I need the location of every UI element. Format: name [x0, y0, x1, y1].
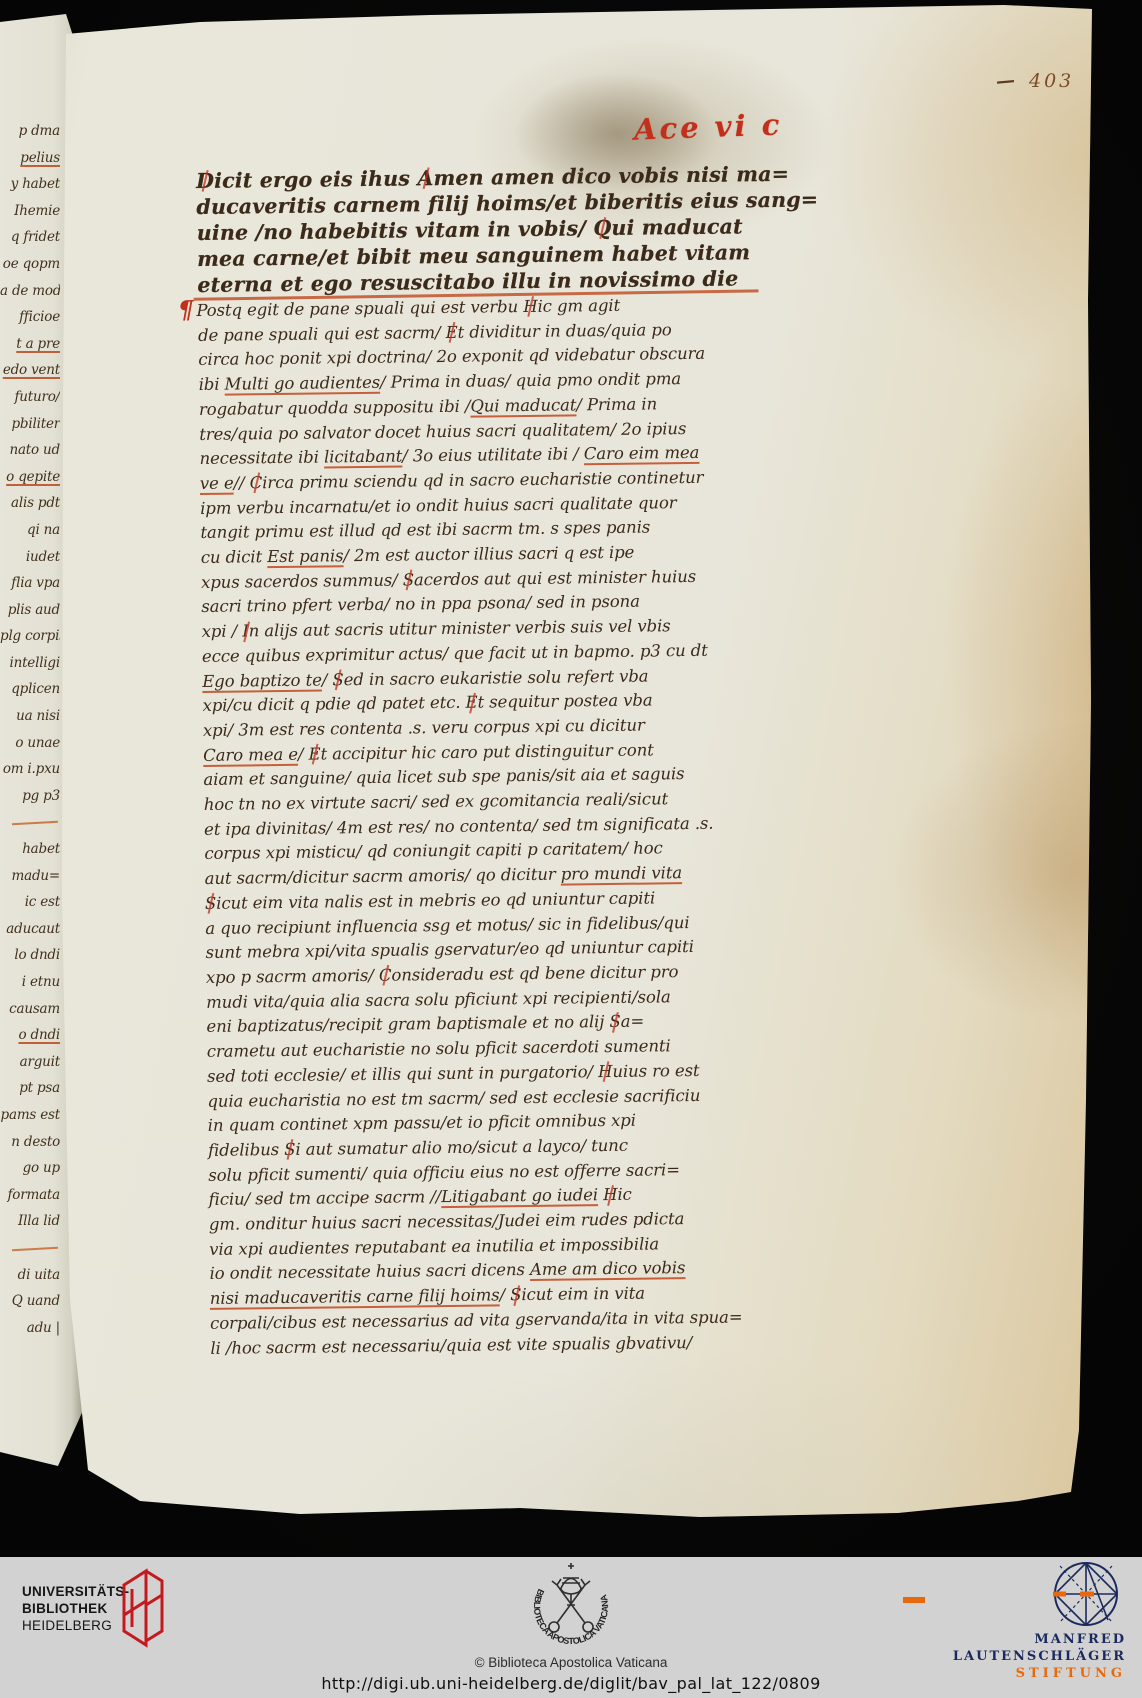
rubricated-phrase: ve e	[200, 473, 234, 492]
text-segment: S	[205, 892, 217, 917]
rubricated-phrase: Qui maducat	[470, 395, 576, 415]
edge-text-fragment: n desto	[0, 1129, 60, 1156]
edge-text-fragment: o qepite	[0, 464, 60, 491]
edge-text-fragment: edo vent	[0, 357, 60, 384]
text-segment: corpus xpi misticu/ qd coniungit capiti …	[204, 839, 663, 864]
text-segment: uius ro est	[612, 1061, 699, 1081]
text-segment: aiam et sanguine/ quia licet sub spe pan…	[203, 764, 684, 789]
edge-text-fragment: futuro/	[0, 384, 60, 411]
text-segment: t sequitur postea vba	[477, 691, 652, 712]
text-segment: S	[332, 668, 344, 693]
folio-number-value: 403	[1029, 70, 1074, 92]
text-segment: irca primu sciendu qd in sacro eucharist…	[262, 468, 703, 492]
text-segment: / Prima in duas/ quia pmo ondit pma	[380, 369, 681, 392]
text-segment: /	[298, 744, 309, 763]
edge-text-fragment: t a pre	[0, 331, 60, 358]
text-segment: icit ergo eis ihus	[214, 166, 418, 192]
text-segment: icut eim in vita	[521, 1284, 645, 1305]
mls-wordmark: MANFRED LAUTENSCHLÄGER STIFTUNG	[953, 1631, 1126, 1682]
text-segment: xpo p sacrm amoris/	[206, 966, 379, 987]
text-segment: eterna et ego resuscitabo illu in noviss…	[197, 266, 738, 297]
edge-text-fragment: Ihemie	[0, 198, 60, 225]
text-segment: a=	[621, 1012, 645, 1031]
text-segment: onsideradu est qd bene dicitur pro	[391, 962, 678, 985]
edge-text-fragment: pelius	[0, 145, 60, 172]
mls-line2: LAUTENSCHLÄGER	[953, 1648, 1126, 1665]
text-segment: corpali/cibus est necessarius ad vita gs…	[210, 1307, 743, 1333]
text-segment: xpi/cu dicit q pdie qd patet etc.	[202, 693, 465, 715]
text-segment: xpi /	[202, 622, 243, 641]
edge-text-fragment: lo dndi	[0, 942, 60, 969]
text-segment: io ondit necessitate huius sacri dicens	[209, 1260, 530, 1283]
text-segment: fidelibus	[208, 1140, 284, 1160]
text-segment: ibi	[199, 375, 225, 394]
text-segment: via xpi audientes reputabant ea inutilia…	[209, 1234, 659, 1258]
mls-line1: MANFRED	[953, 1631, 1126, 1648]
rubricated-phrase: pro mundi vita	[561, 863, 683, 883]
manuscript-page: —403 Ace vi c Dicit ergo eis ihus Amen a…	[0, 0, 1142, 1557]
edge-text-fragment: ua nisi	[0, 703, 60, 730]
running-title-rubric: Ace vi c	[633, 107, 782, 146]
text-segment: E	[465, 691, 477, 716]
facing-page-text-fragments: p dmapeliusy habetIhemieq fridetoe qopma…	[0, 118, 60, 1341]
text-segment: tangit primu est illud qd est ibi sacrm …	[200, 518, 650, 542]
manuscript-photo: p dmapeliusy habetIhemieq fridetoe qopma…	[0, 0, 1142, 1557]
red-rule-fragment	[0, 1235, 60, 1262]
text-segment: cu dicit	[201, 547, 268, 567]
edge-text-fragment: qi na	[0, 517, 60, 544]
edge-text-fragment: flia vpa	[0, 570, 60, 597]
text-segment: H	[523, 295, 538, 320]
edge-text-fragment: pg p3	[0, 783, 60, 810]
red-rule-fragment	[0, 809, 60, 836]
edge-text-fragment: pams est	[0, 1102, 60, 1129]
edge-text-fragment: a de modo	[0, 278, 60, 305]
text-segment: ficiu/ sed tm accipe sacrm //	[208, 1187, 441, 1209]
edge-text-fragment: go up	[0, 1155, 60, 1182]
text-segment: circa hoc ponit xpi doctrina/ 2o exponit…	[198, 344, 705, 369]
edge-text-fragment: i etnu	[0, 969, 60, 996]
rubricated-phrase: Ame am dico vobis	[530, 1259, 686, 1280]
mls-globe-icon	[1046, 1561, 1126, 1633]
text-segment: i aut sumatur alio mo/sicut a layco/ tun…	[295, 1136, 628, 1159]
text-segment: S	[284, 1138, 296, 1163]
text-segment: S	[403, 568, 415, 593]
edge-text-fragment: fficioe	[0, 304, 60, 331]
manuscript-text-block: Dicit ergo eis ihus Amen amen dico vobis…	[196, 161, 811, 1361]
edge-text-fragment: o dndi	[0, 1022, 60, 1049]
edge-text-fragment: pt psa	[0, 1075, 60, 1102]
text-segment: /	[499, 1285, 510, 1304]
text-segment: Postq egit de pane spuali qui est verbu	[196, 297, 523, 320]
text-segment: ic	[617, 1185, 632, 1204]
edge-text-fragment: Q uand	[0, 1288, 60, 1315]
edge-text-fragment: madu=	[0, 863, 60, 890]
edge-text-fragment: plg corpis	[0, 623, 60, 650]
text-segment: de pane spuali qui est sacrm/	[198, 323, 446, 345]
mls-orange-dash	[903, 1597, 925, 1603]
text-segment: I	[242, 620, 249, 645]
edge-text-fragment: ic est	[0, 889, 60, 916]
folio-dash: —	[995, 69, 1016, 93]
text-segment: li /hoc sacrm est necessariu/quia est vi…	[210, 1333, 692, 1358]
edge-text-fragment: habet	[0, 836, 60, 863]
text-segment: t dividitur in duas/quia po	[457, 320, 671, 342]
text-segment: xpus sacerdos summus/	[201, 570, 403, 591]
text-segment: gm. onditur huius sacri necessitas/Judei…	[209, 1209, 685, 1234]
edge-text-fragment: q fridet	[0, 224, 60, 251]
text-segment: rogabatur quodda suppositu ibi /	[199, 396, 471, 418]
text-segment: tres/quia po salvator docet huius sacri …	[199, 419, 686, 444]
rubricated-phrase: Litigabant go iudei	[441, 1185, 598, 1206]
edge-text-fragment: o unae	[0, 730, 60, 757]
text-segment: crametu aut eucharistie no solu pficit s…	[207, 1036, 671, 1061]
text-segment: xpi/ 3m est res contenta .s. veru corpus…	[203, 716, 645, 740]
text-segment: E	[308, 742, 320, 767]
text-segment: / Prima in	[576, 394, 657, 414]
text-segment: solu pficit sumenti/ quia officiu eius n…	[208, 1160, 680, 1185]
edge-text-fragment: adu |	[0, 1315, 60, 1342]
text-segment: icut eim vita nalis est in mebris eo qd …	[216, 888, 655, 912]
text-segment: aut sacrm/dicitur sacrm amoris/ qo dicit…	[205, 865, 561, 888]
text-segment: //	[233, 473, 249, 492]
text-segment: / 2m est auctor illius sacri q est ipe	[343, 543, 634, 566]
text-segment: ic gm agit	[537, 296, 620, 316]
edge-text-fragment: intelligi	[0, 650, 60, 677]
vatican-library-emblem: BIBLIOTECA APOSTOLICA VATICANA	[509, 1561, 633, 1660]
text-segment: sunt mebra xpi/vita spualis gservatur/eo…	[205, 937, 693, 962]
text-segment: C	[249, 471, 262, 496]
edge-text-fragment: nato ud	[0, 437, 60, 464]
text-segment: sed toti ecclesie/ et illis qui sunt in …	[207, 1062, 598, 1086]
edge-text-fragment: formata	[0, 1182, 60, 1209]
text-segment: in quam continet xpm passu/et io pficit …	[208, 1111, 636, 1135]
text-segment: acerdos aut qui est minister huius	[414, 567, 696, 589]
text-segment: t accipitur hic caro put distinguitur co…	[320, 740, 653, 763]
text-segment: S	[609, 1010, 621, 1035]
rubricated-phrase: licitabant	[324, 447, 402, 467]
edge-text-fragment: Illa lid	[0, 1208, 60, 1235]
edge-text-fragment: iudet	[0, 544, 60, 571]
edge-text-fragment: arguit	[0, 1049, 60, 1076]
text-segment: S	[510, 1283, 522, 1308]
edge-text-fragment: plis aud	[0, 597, 60, 624]
rubricated-phrase: Est panis	[267, 546, 343, 566]
text-segment: Q	[593, 215, 611, 241]
text-segment: ipm verbu incarnatu/et io ondit huius sa…	[200, 493, 677, 518]
text-segment: H	[598, 1060, 613, 1085]
text-segment: / 3o eius utilitate ibi /	[402, 445, 584, 466]
edge-text-fragment: aducaut	[0, 916, 60, 943]
edge-text-fragment: p dma	[0, 118, 60, 145]
ub-heidelberg-book-icon	[110, 1567, 172, 1649]
edge-text-fragment: oe qopm	[0, 251, 60, 278]
text-segment: A	[417, 165, 433, 191]
text-segment: H	[603, 1183, 618, 1208]
edge-text-fragment: om i.pxu	[0, 756, 60, 783]
rubric-pilcrow: ¶	[178, 295, 194, 324]
text-segment: ed in sacro eukaristie solu refert vba	[344, 666, 649, 689]
text-segment: D	[196, 168, 214, 194]
text-segment: men amen dico vobis nisi ma=	[433, 162, 789, 190]
rubricated-phrase: Multi go audientes	[224, 373, 380, 394]
text-segment: quia eucharistia no est tm sacrm/ sed es…	[207, 1085, 700, 1110]
text-segment: sacri trino pfert verba/ no in ppa psona…	[201, 592, 640, 616]
edge-text-fragment: alis pdt	[0, 490, 60, 517]
text-segment: a quo recipiunt influencia ssg et motus/…	[205, 913, 689, 938]
edge-text-fragment: y habet	[0, 171, 60, 198]
rubricated-phrase: Ego baptizo te	[202, 670, 322, 690]
text-segment: ui maducat	[611, 214, 743, 240]
vatican-copyright: © Biblioteca Apostolica Vaticana	[475, 1655, 668, 1670]
folio-number: —403	[996, 70, 1126, 92]
edge-text-fragment: di uita	[0, 1262, 60, 1289]
library-footer-bar: UNIVERSITÄTS- BIBLIOTHEK HEIDELBERG	[0, 1557, 1142, 1698]
edge-text-fragment: causam	[0, 996, 60, 1023]
text-segment: eni baptizatus/recipit gram baptismale e…	[206, 1012, 609, 1036]
edge-text-fragment: qplicen	[0, 676, 60, 703]
text-segment: ecce quibus exprimitur actus/ que facit …	[202, 641, 708, 666]
text-segment: uine /no habebitis vitam in vobis/	[197, 216, 594, 245]
text-segment: C	[379, 964, 392, 989]
edge-text-fragment: pbiliter	[0, 411, 60, 438]
text-segment: et ipa divinitas/ 4m est res/ no content…	[204, 813, 714, 838]
source-url[interactable]: http://digi.ub.uni-heidelberg.de/diglit/…	[321, 1674, 820, 1693]
text-segment: hoc tn no ex virtute sacri/ sed ex gcomi…	[204, 789, 669, 814]
text-segment: /	[322, 670, 333, 689]
text-segment: mudi vita/quia alia sacra solu pficiunt …	[206, 987, 671, 1012]
rubricated-phrase: nisi maducaveritis carne filij hoims	[210, 1286, 500, 1309]
text-segment: necessitate ibi	[199, 448, 324, 469]
text-segment: E	[445, 321, 457, 346]
digitized-manuscript-viewer: p dmapeliusy habetIhemieq fridetoe qopma…	[0, 0, 1142, 1698]
rubricated-phrase: Caro mea e	[203, 744, 298, 764]
rubricated-phrase: Caro eim mea	[584, 443, 700, 463]
mls-line3: STIFTUNG	[953, 1665, 1126, 1682]
text-segment: n alijs aut sacris utitur minister verbi…	[249, 616, 671, 640]
